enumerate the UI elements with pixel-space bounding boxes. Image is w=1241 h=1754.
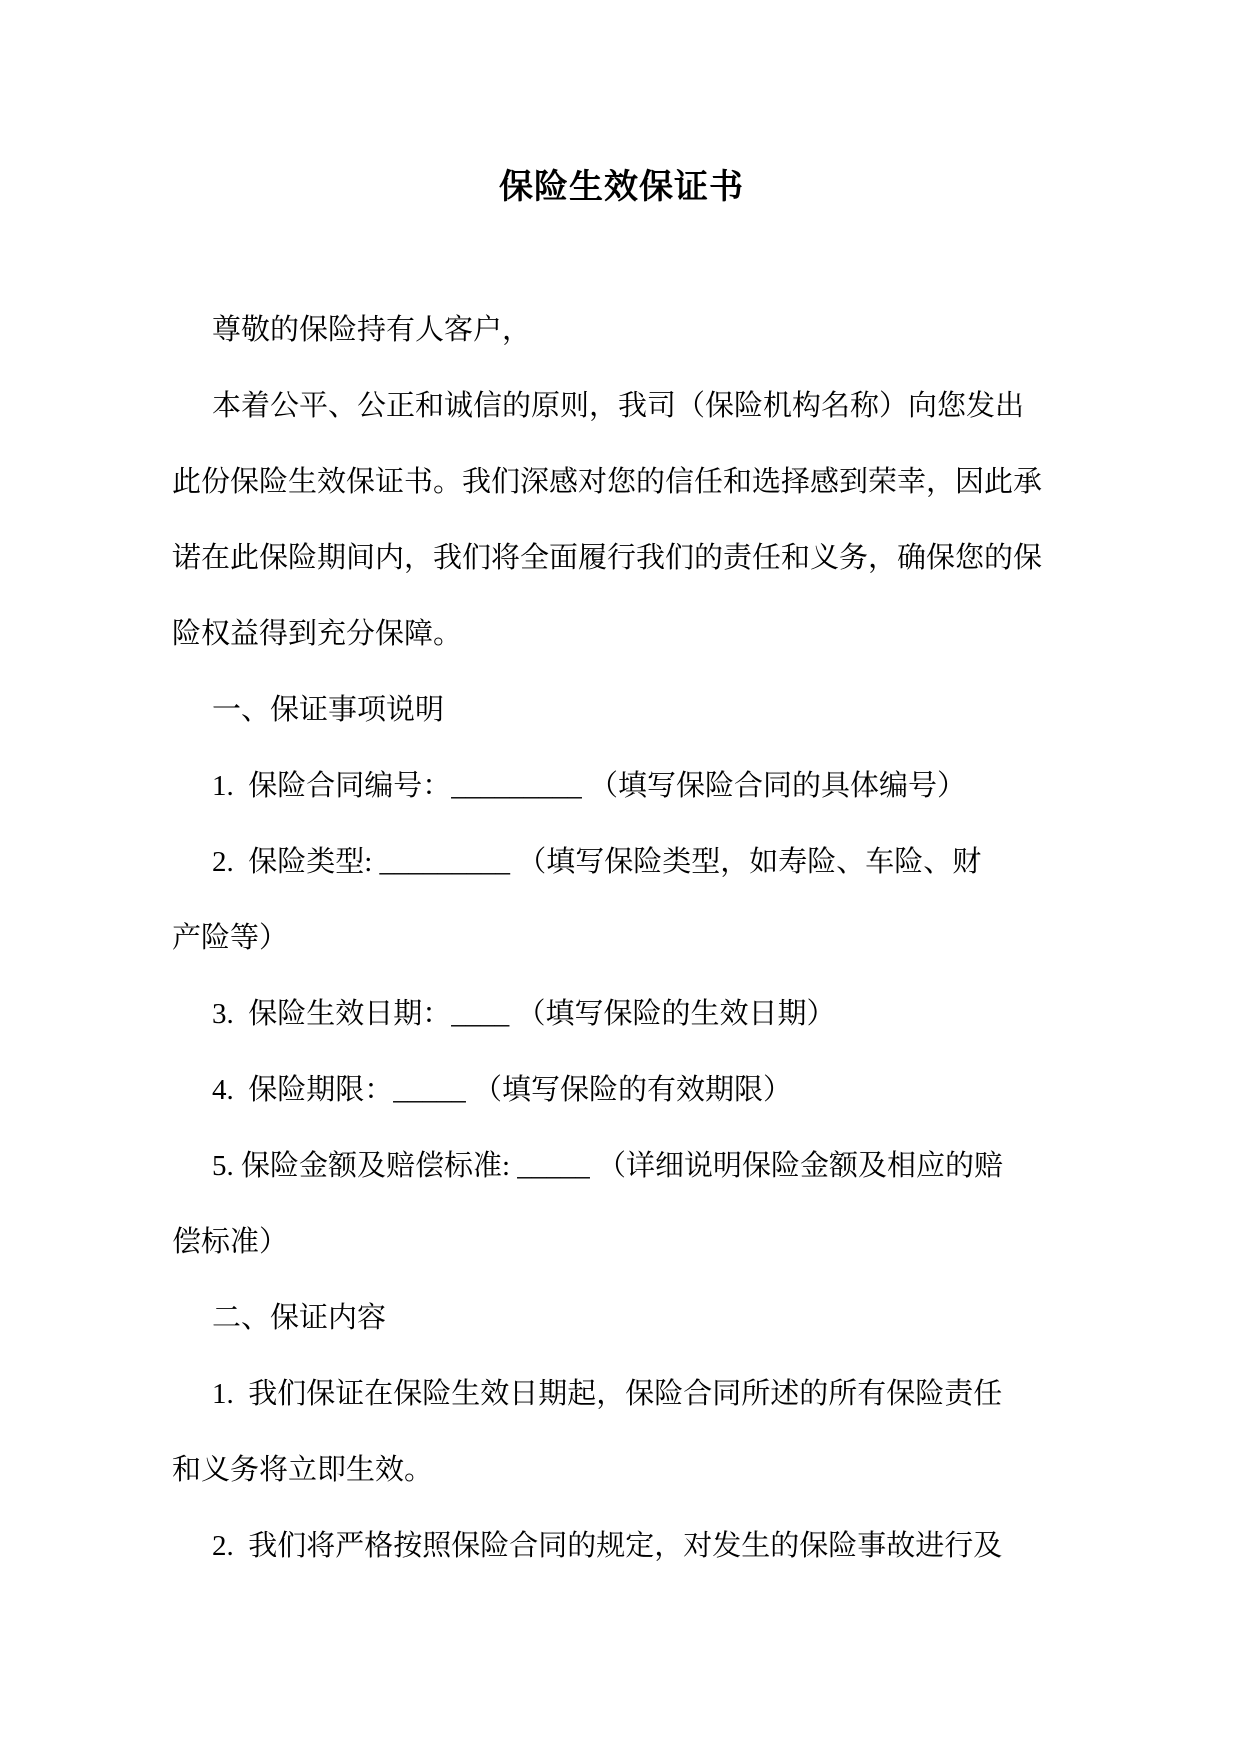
section-2-heading: 二、保证内容 (172, 1280, 1071, 1356)
intro-paragraph-line: 诺在此保险期间内，我们将全面履行我们的责任和义务，确保您的保 (172, 520, 1071, 596)
section-1-heading: 一、保证事项说明 (172, 672, 1071, 748)
intro-paragraph-line: 险权益得到充分保障。 (172, 596, 1071, 672)
intro-paragraph-line: 本着公平、公正和诚信的原则，我司（保险机构名称）向您发出 (172, 368, 1071, 444)
document-page: 保险生效保证书 尊敬的保险持有人客户， 本着公平、公正和诚信的原则，我司（保险机… (0, 0, 1241, 1754)
item-amount-standard-line: 偿标准） (172, 1204, 1071, 1280)
item-amount-standard-line: 5. 保险金额及赔偿标准: _____ （详细说明保险金额及相应的赔 (172, 1128, 1071, 1204)
guarantee-item-1-line: 和义务将立即生效。 (172, 1432, 1071, 1508)
salutation-line: 尊敬的保险持有人客户， (172, 292, 1071, 368)
item-insurance-term-line: 4. 保险期限：_____ （填写保险的有效期限） (172, 1052, 1071, 1128)
item-contract-number-line: 1. 保险合同编号：_________ （填写保险合同的具体编号） (172, 748, 1071, 824)
document-title: 保险生效保证书 (172, 150, 1071, 226)
document-body: 尊敬的保险持有人客户， 本着公平、公正和诚信的原则，我司（保险机构名称）向您发出… (172, 292, 1071, 1584)
item-effective-date-line: 3. 保险生效日期：____ （填写保险的生效日期） (172, 976, 1071, 1052)
guarantee-item-1-line: 1. 我们保证在保险生效日期起，保险合同所述的所有保险责任 (172, 1356, 1071, 1432)
guarantee-item-2-line: 2. 我们将严格按照保险合同的规定，对发生的保险事故进行及 (172, 1508, 1071, 1584)
item-insurance-type-line: 产险等） (172, 900, 1071, 976)
intro-paragraph-line: 此份保险生效保证书。我们深感对您的信任和选择感到荣幸，因此承 (172, 444, 1071, 520)
item-insurance-type-line: 2. 保险类型: _________ （填写保险类型，如寿险、车险、财 (172, 824, 1071, 900)
